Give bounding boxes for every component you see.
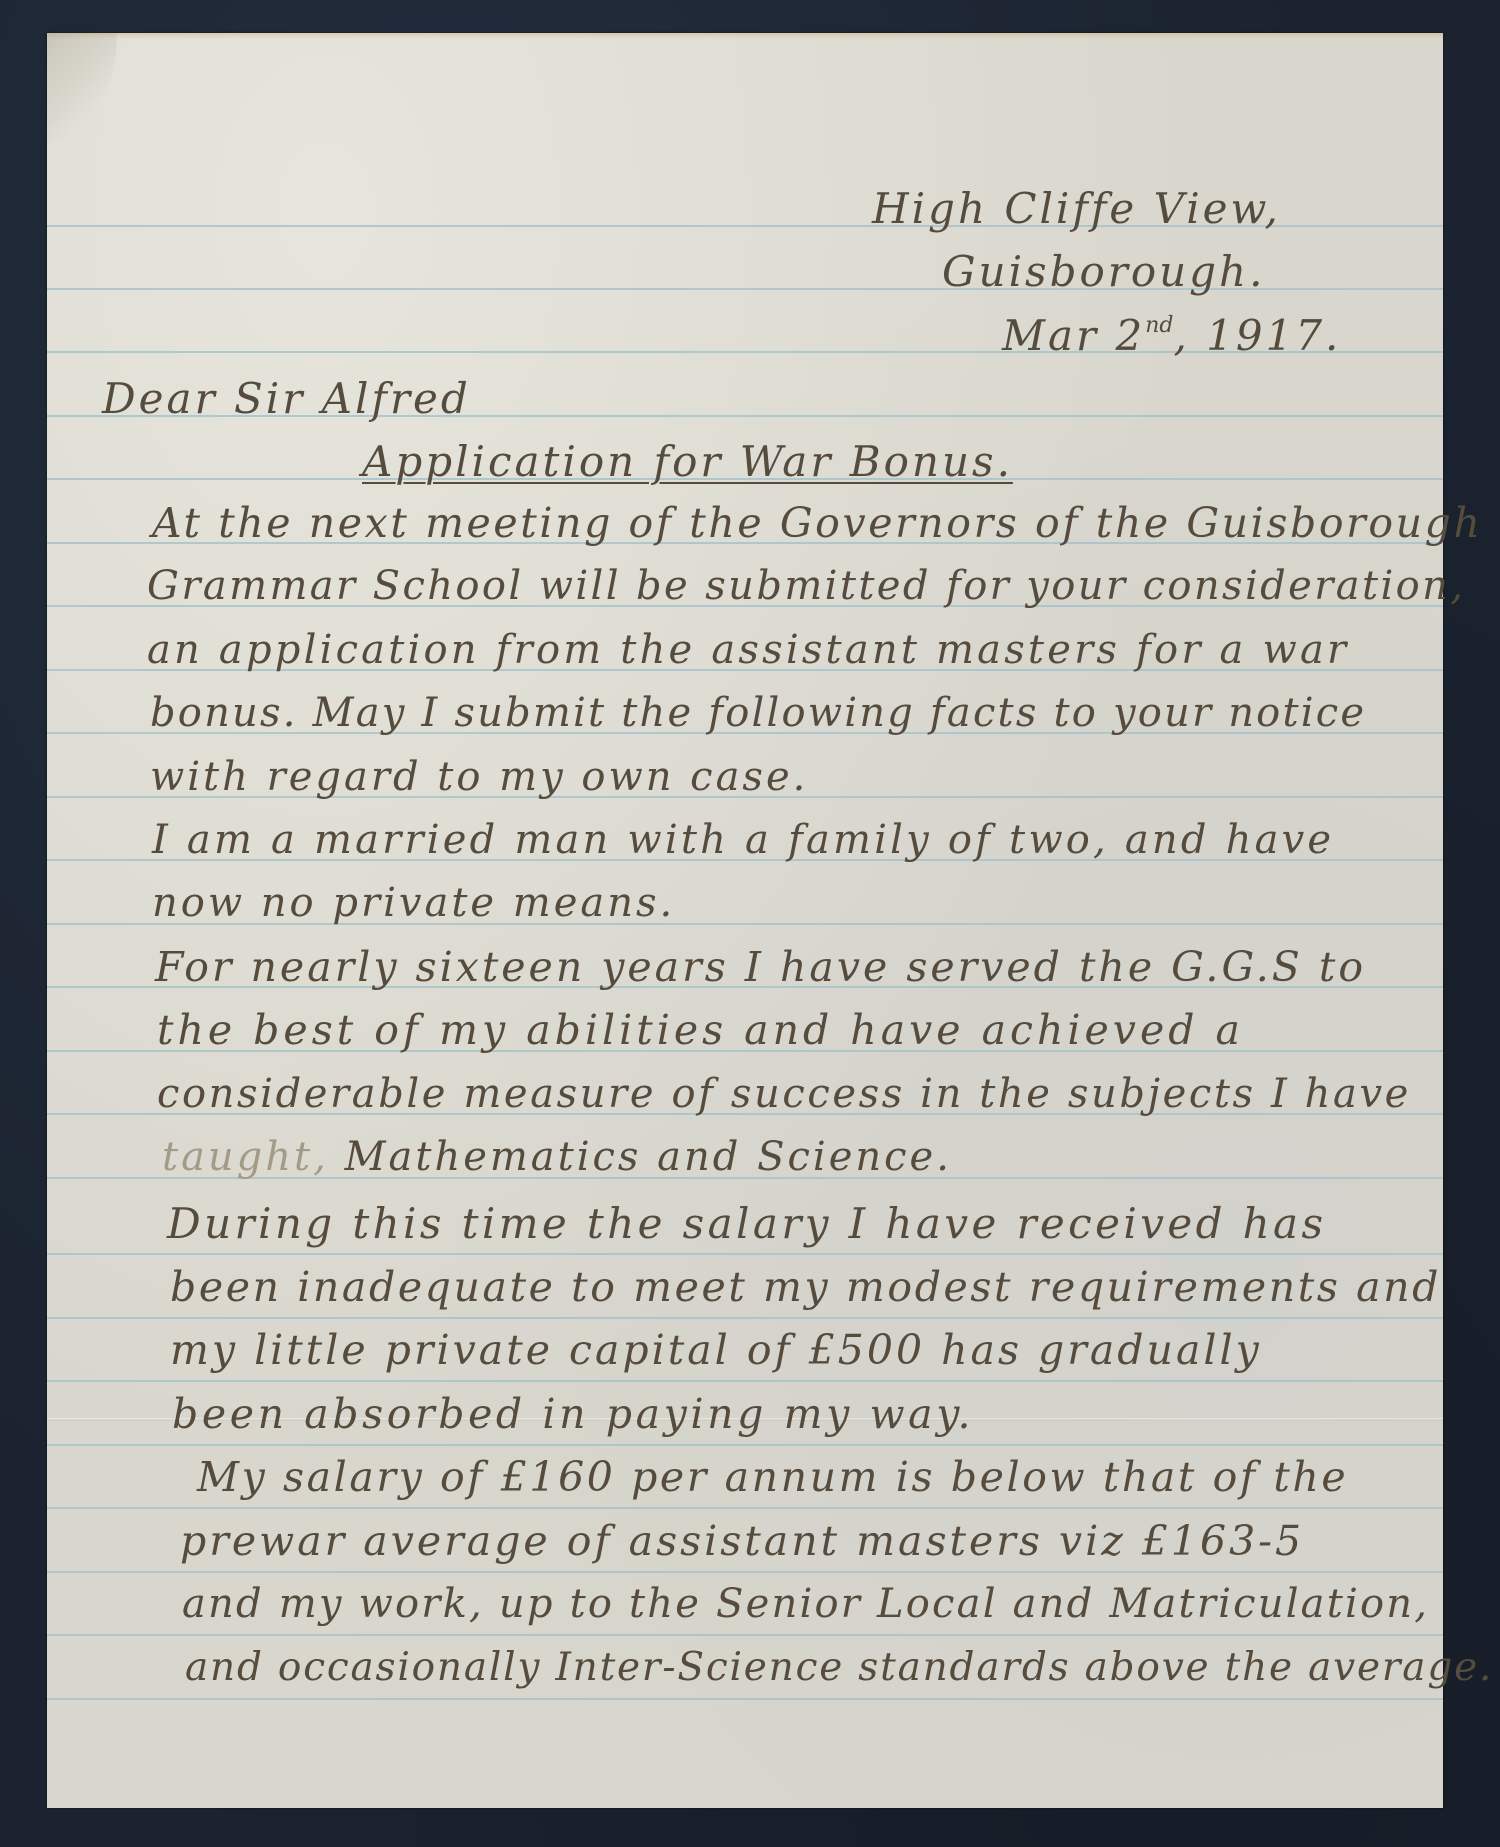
ruled-line bbox=[47, 1380, 1443, 1382]
date-day: Mar 2 bbox=[1002, 311, 1145, 360]
date-year: , 1917. bbox=[1173, 311, 1341, 360]
date-ordinal: nd bbox=[1145, 313, 1173, 338]
address-line-1: High Cliffe View, bbox=[872, 188, 1281, 230]
paper-corner-crease bbox=[47, 33, 117, 143]
body-line-5: with regard to my own case. bbox=[150, 757, 808, 797]
ruled-line bbox=[47, 1571, 1443, 1573]
body-line-11-text: Mathematics and Science. bbox=[345, 1134, 952, 1180]
paper-edge-stain bbox=[47, 33, 1443, 39]
ruled-line bbox=[47, 1253, 1443, 1255]
body-line-19: and occasionally Inter-Science standards… bbox=[185, 1648, 1493, 1687]
ruled-line bbox=[47, 1317, 1443, 1319]
body-line-4: bonus. May I submit the following facts … bbox=[150, 693, 1366, 733]
salutation: Dear Sir Alfred bbox=[102, 378, 471, 420]
body-line-14: my little private capital of £500 has gr… bbox=[170, 1330, 1262, 1371]
body-line-16: My salary of £160 per annum is below tha… bbox=[197, 1457, 1348, 1498]
body-line-1: At the next meeting of the Governors of … bbox=[152, 503, 1483, 544]
ruled-line bbox=[47, 1634, 1443, 1636]
letter-date: Mar 2nd, 1917. bbox=[1002, 315, 1341, 357]
body-line-10: considerable measure of success in the s… bbox=[157, 1074, 1411, 1114]
ruled-line bbox=[47, 1507, 1443, 1509]
ruled-line bbox=[47, 1444, 1443, 1446]
body-line-13: been inadequate to meet my modest requir… bbox=[170, 1267, 1441, 1308]
ruled-line bbox=[47, 1698, 1443, 1700]
body-line-17: prewar average of assistant masters viz … bbox=[180, 1521, 1304, 1562]
faded-word: taught, bbox=[162, 1134, 329, 1180]
letter-sheet: High Cliffe View, Guisborough. Mar 2nd, … bbox=[47, 33, 1443, 1808]
body-line-8: For nearly sixteen years I have served t… bbox=[155, 947, 1366, 988]
address-line-2: Guisborough. bbox=[942, 251, 1265, 293]
body-line-15: been absorbed in paying my way. bbox=[172, 1394, 974, 1435]
body-line-2: Grammar School will be submitted for you… bbox=[147, 566, 1465, 606]
body-line-7: now no private means. bbox=[152, 883, 675, 923]
body-line-9: the best of my abilities and have achiev… bbox=[157, 1010, 1244, 1051]
body-line-12: During this time the salary I have recei… bbox=[167, 1203, 1326, 1245]
body-line-3: an application from the assistant master… bbox=[147, 630, 1349, 670]
body-line-18: and my work, up to the Senior Local and … bbox=[182, 1584, 1429, 1624]
body-line-11: taught, Mathematics and Science. bbox=[162, 1137, 952, 1177]
subject-heading: Application for War Bonus. bbox=[362, 441, 1013, 483]
body-line-6: I am a married man with a family of two,… bbox=[152, 820, 1334, 860]
